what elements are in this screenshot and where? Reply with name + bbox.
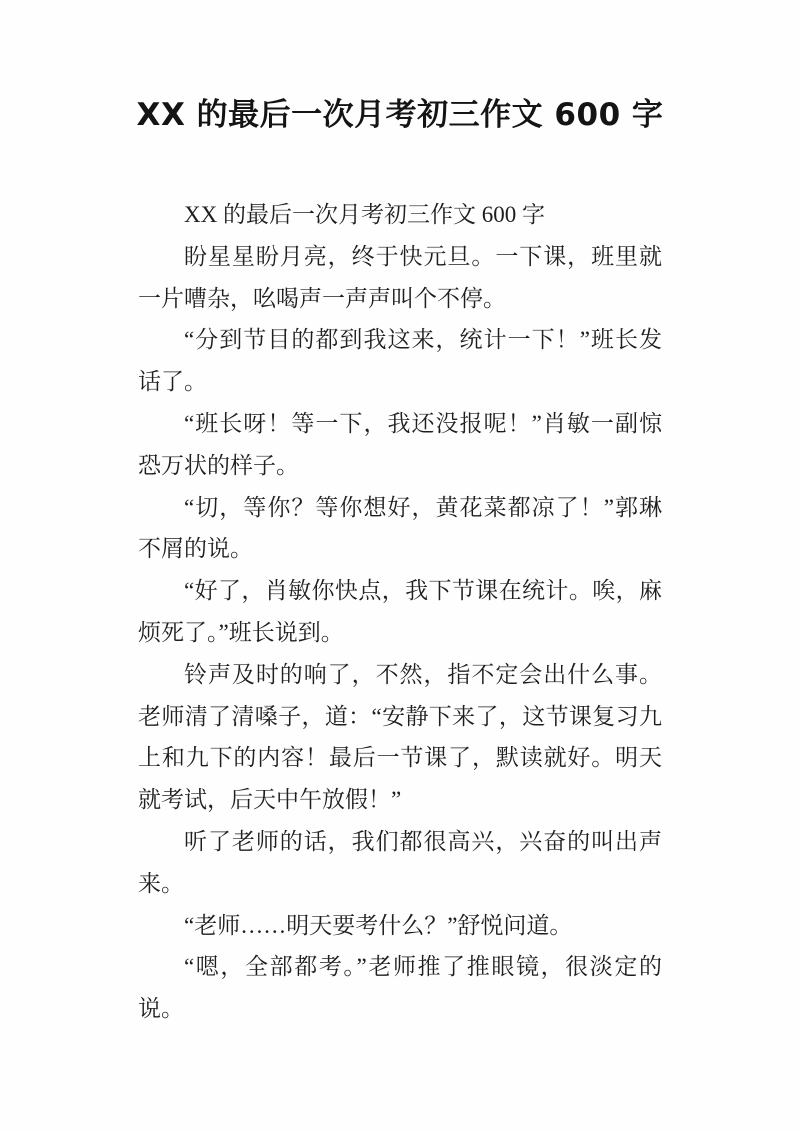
paragraph: “班长呀！等一下，我还没报呢！”肖敏一副惊恐万状的样子。: [138, 403, 662, 487]
paragraph: “切，等你？等你想好，黄花菜都凉了！”郭琳不屑的说。: [138, 487, 662, 571]
paragraph: “老师……明天要考什么？”舒悦问道。: [138, 905, 662, 947]
document-page: XX 的最后一次月考初三作文 600 字 XX 的最后一次月考初三作文 600 …: [0, 0, 800, 1132]
document-title: XX 的最后一次月考初三作文 600 字: [0, 0, 800, 132]
paragraph: “分到节目的都到我这来，统计一下！”班长发话了。: [138, 319, 662, 403]
paragraph: XX 的最后一次月考初三作文 600 字: [138, 194, 662, 236]
paragraph: 铃声及时的响了，不然，指不定会出什么事。老师清了清嗓子，道：“安静下来了，这节课…: [138, 654, 662, 821]
document-body: XX 的最后一次月考初三作文 600 字盼星星盼月亮，终于快元旦。一下课，班里就…: [0, 194, 800, 1030]
paragraph: 盼星星盼月亮，终于快元旦。一下课，班里就一片嘈杂，吆喝声一声声叫个不停。: [138, 236, 662, 320]
paragraph: “嗯，全部都考。”老师推了推眼镜，很淡定的说。: [138, 946, 662, 1030]
paragraph: “好了，肖敏你快点，我下节课在统计。唉，麻烦死了。”班长说到。: [138, 570, 662, 654]
paragraph: 听了老师的话，我们都很高兴，兴奋的叫出声来。: [138, 821, 662, 905]
